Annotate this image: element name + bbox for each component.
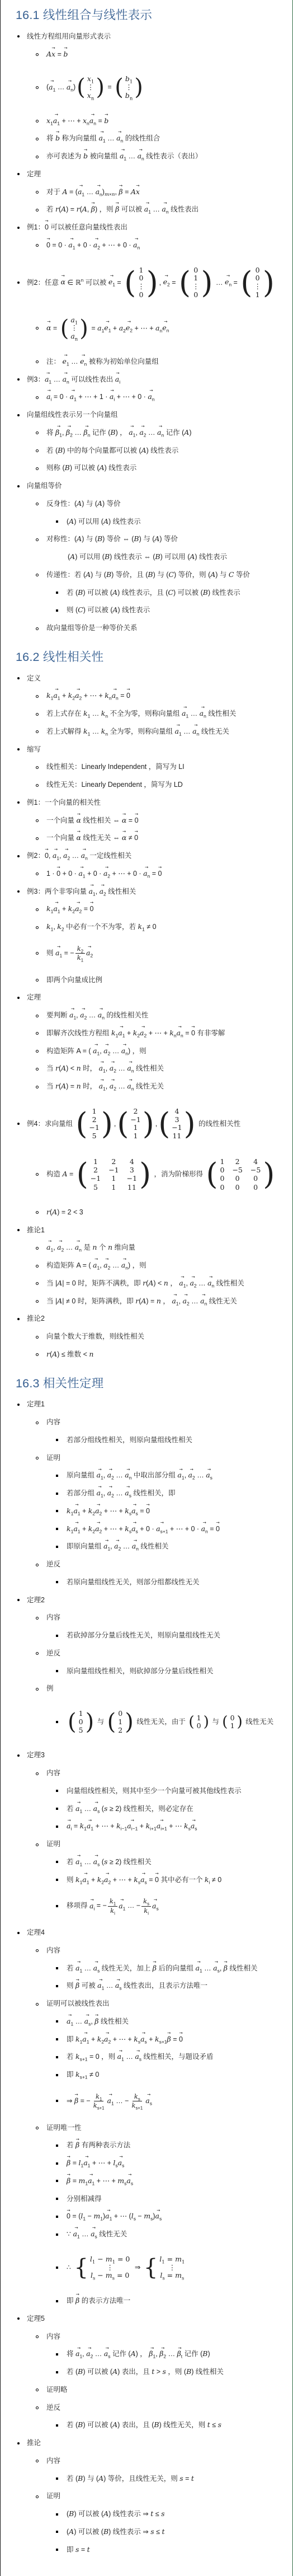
item-text: 若 ks+1 = 0 ，则 a1 … as 线性相关，与题设矛盾 xyxy=(67,2053,289,2061)
item-text: x1a1 + ⋯ + xnan = b xyxy=(46,117,289,125)
item-text: 若 a1 … as (s ≥ 2) 线性相关 xyxy=(67,1858,289,1866)
bullet-icon xyxy=(36,1421,39,1424)
outline-item: 线性相关：Linearly Independent ，简写为 LI xyxy=(16,763,289,771)
outline-item: Ax = b xyxy=(16,50,289,59)
outline-item: k1a1 + k2a2 + ⋯ + ksas = 0 xyxy=(16,1507,289,1515)
item-text: k1a1 + k2a2 + ⋯ + ksas + 0 · as+1 + ⋯ + … xyxy=(67,1525,289,1533)
outline-item: a1, a2 … an 是 n 个 n 维向量 xyxy=(16,1244,289,1252)
bullet-icon xyxy=(56,609,58,612)
outline-item: 逆反 xyxy=(16,1560,289,1569)
bullet-icon xyxy=(36,449,39,452)
bullet-icon xyxy=(56,1510,58,1512)
outline-item: 推论 xyxy=(16,2439,289,2447)
item-text: (A) 可以用 (B) 线性表示 ⇔ (B) 可以用 (A) 线性表示 xyxy=(68,553,289,561)
bullet-icon xyxy=(56,1861,58,1863)
bullet-icon xyxy=(56,1721,58,1723)
bullet-icon xyxy=(36,1086,39,1088)
bullet-icon xyxy=(17,855,20,857)
item-text: 反身性：(A) 与 (A) 等价 xyxy=(46,500,289,508)
item-text: 若上式存在 k1 … kn 不全为零，则称向量组 a1 … an 线性相关 xyxy=(46,710,289,718)
outline-item: (105) 与 (012) 线性无关，由于 (10) 与 (01) 线性无关 xyxy=(16,1710,289,1734)
item-text: ∴ {l1 − m1 = 0⋮ls − ms = 0 ⇒ {l1 = m1⋮ls… xyxy=(67,2255,289,2280)
bullet-icon xyxy=(36,952,39,955)
item-text: 若 a1 … as (s ≥ 2) 线性相关，则必定存在 xyxy=(67,1805,289,1813)
bullet-icon xyxy=(36,2003,39,2006)
bullet-icon xyxy=(36,191,39,194)
bullet-icon xyxy=(56,520,58,523)
item-text: 即 β 的表示方法唯一 xyxy=(67,2297,289,2305)
bullet-icon xyxy=(36,86,39,89)
outline-item: 逆反 xyxy=(16,1649,289,1658)
bullet-icon xyxy=(56,2531,58,2533)
bullet-icon xyxy=(56,2162,58,2165)
outline-item: 若 (B) 可以被 (A) 线性表示，且 (C) 可以被 (B) 线性表示 xyxy=(16,589,289,597)
bullet-icon xyxy=(36,908,39,911)
outline-item: 定理5 xyxy=(16,2315,289,2323)
outline-item: 即两个向量成比例 xyxy=(16,976,289,984)
item-text: 例3：两个非零向量 a1, a2 线性相关 xyxy=(27,888,289,896)
item-text: 证明 xyxy=(46,1454,289,1462)
outline-item: 则 k1a1 + k2a2 + ⋯ + ksas = 0 其中必有一个 ki ≠… xyxy=(16,1876,289,1884)
item-text: 若部分组 a1, a2 … as 线性相关，即 xyxy=(67,1489,289,1498)
bullet-icon xyxy=(36,120,39,123)
bullet-icon xyxy=(56,2020,58,2023)
heading-text: 16.2 线性相关性 xyxy=(16,650,289,665)
item-text: 1 · 0 + 0 · a1 + 0 · a2 + ⋯ + 0 · an = 0 xyxy=(46,870,289,878)
bullet-icon xyxy=(36,695,39,698)
outline-item: 若部分组线性相关，则原向量组线性相关 xyxy=(16,1436,289,1444)
outline-item: (A) 可以被 (B) 线性表示 ⇒ s ≤ t xyxy=(16,2528,289,2536)
outline-item: 向量个数大于维数，则线性相关 xyxy=(16,1332,289,1341)
item-text: 定理5 xyxy=(27,2315,289,2323)
outline-item: (a1 … an)(x1⋮xn) = (b1⋮bn) xyxy=(16,75,289,100)
item-text: k1a1 + k2a2 + ⋯ + knan = 0 xyxy=(46,692,289,700)
bullet-icon xyxy=(17,227,20,229)
bullet-icon xyxy=(36,2406,39,2409)
bullet-icon xyxy=(17,677,20,679)
bullet-icon xyxy=(36,396,39,399)
item-text: 定理 xyxy=(27,993,289,1002)
bullet-icon xyxy=(36,1353,39,1356)
item-text: 即原向量组 a1, a2 … an 线性相关 xyxy=(67,1542,289,1551)
item-text: 构造 A = (1242−13−11−15111) ，消为阶梯形得 (1240−… xyxy=(46,1157,289,1191)
item-text: a1, a2 … an 是 n 个 n 维向量 xyxy=(46,1244,289,1252)
bullet-icon xyxy=(36,2389,39,2391)
item-text: (a1 … an)(x1⋮xn) = (b1⋮bn) xyxy=(46,75,289,100)
bullet-icon xyxy=(17,1318,20,1320)
bullet-icon xyxy=(36,2460,39,2462)
bullet-icon xyxy=(17,1932,20,1934)
bullet-icon xyxy=(36,2127,39,2129)
item-text: 若 (B) 可以被 (A) 表出，且 (B) 线性无关，则 t ≤ s xyxy=(67,2421,289,2429)
item-text: 要判断 a1, a2 … an 的线性相关性 xyxy=(46,1011,289,1020)
item-text: 若上式解得 k1 … kn 全为零，则称向量组 a1 … an 线性无关 xyxy=(46,728,289,736)
outline-item: 向量组线性相关，则其中至少一个向量可被其他线性表示 xyxy=(16,1787,289,1795)
outline-item: 定义 xyxy=(16,674,289,683)
item-text: 0 = (l1 − m1)a1 + ⋯ (ls − ms)as xyxy=(67,2212,289,2221)
item-text: 缩写 xyxy=(27,745,289,754)
outline-item: a1 … as, β 线性相关 xyxy=(16,2017,289,2026)
bullet-icon xyxy=(17,414,20,416)
bullet-icon xyxy=(17,1599,20,1601)
item-text: 若 (B) 可以被 (A) 表出，且 t > s ，则 (B) 线性相关 xyxy=(67,2368,289,2376)
outline-item: 若 (B) 与 (A) 等价，且线性无关，则 s = t xyxy=(16,2475,289,2483)
item-text: 一个向量 α 线性无关 ⇔ α ≠ 0 xyxy=(46,834,289,842)
outline-item: k1a1 + k2a2 = 0 xyxy=(16,905,289,913)
bullet-icon xyxy=(36,1457,39,1460)
bullet-icon xyxy=(36,1050,39,1053)
bullet-icon xyxy=(17,1754,20,1757)
bullet-icon xyxy=(56,1670,58,1672)
item-text: β = l1a1 + ⋯ + lsas xyxy=(67,2159,289,2167)
bullet-icon xyxy=(17,1123,20,1125)
outline-item: 若原向量组线性无关，则部分组都线性无关 xyxy=(16,1578,289,1587)
outline-item: 证明唯一性 xyxy=(16,2124,289,2132)
outline-item: 内容 xyxy=(16,2457,289,2465)
outline-item: 向量组等价 xyxy=(16,482,289,490)
item-text: 内容 xyxy=(46,1946,289,1955)
bullet-icon xyxy=(36,1032,39,1035)
outline-item: 逆反 xyxy=(16,2404,289,2412)
item-text: 例3：a1 … an 可以线性表出 ai xyxy=(27,376,289,384)
bullet-icon xyxy=(56,2145,58,2147)
item-text: 分别相减得 xyxy=(67,2195,289,2203)
bullet-icon xyxy=(36,713,39,716)
outline-item: 推论2 xyxy=(16,1315,289,1323)
heading-text: 16.3 相关性定理 xyxy=(16,1377,289,1391)
bullet-icon xyxy=(56,2056,58,2058)
outline-item: 若 r(A) = r(A, β) ，则 β 可以被 a1 … an 线性表出 xyxy=(16,205,289,214)
bullet-icon xyxy=(17,2442,20,2444)
outline-item: 即解齐次线性方程组 k1a1 + k2a2 + ⋯ + knan = 0 有非零… xyxy=(16,1029,289,1038)
item-text: 若 (B) 与 (A) 等价，且线性无关，则 s = t xyxy=(67,2475,289,2483)
bullet-icon xyxy=(36,784,39,787)
outline-item: 构造 A = (1242−13−11−15111) ，消为阶梯形得 (1240−… xyxy=(16,1157,289,1191)
outline-item: ai = 0 · a1 + ⋯ + 1 · ai + ⋯ + 0 · an xyxy=(16,393,289,401)
outline-item: 0 = (l1 − m1)a1 + ⋯ (ls − ms)as xyxy=(16,2212,289,2221)
outline-item: 注： e1 … en 被称为初始单位向量组 xyxy=(16,358,289,366)
item-text: 若 β 有两种表示方法 xyxy=(67,2141,289,2150)
bullet-icon xyxy=(56,2478,58,2480)
outline-item: 若部分组 a1, a2 … as 线性相关，即 xyxy=(16,1489,289,1498)
note-page: 16.1 线性组合与线性表示线性方程组用向量形式表示Ax = b(a1 … an… xyxy=(0,0,293,2576)
item-text: 则 a1 = −k2k1a2 xyxy=(46,945,289,963)
item-text: β = m1a1 + ⋯ + msas xyxy=(67,2177,289,2185)
outline-item: 则 a1 = −k2k1a2 xyxy=(16,945,289,963)
bullet-icon xyxy=(17,378,20,381)
outline-item: 内容 xyxy=(16,2333,289,2341)
bullet-icon xyxy=(17,801,20,804)
outline-item: 例2：任意 α ∈ ℝn 可以被 e1 = (10⋮0), e2 = (01⋮0… xyxy=(16,266,289,299)
outline-item: k1, k2 中必有一个不为零，若 k1 ≠ 0 xyxy=(16,923,289,931)
outline-item: (B) 可以被 (A) 线性表示 ⇒ t ≤ s xyxy=(16,2510,289,2518)
item-text: 若 (B) 可以被 (A) 线性表示，且 (C) 可以被 (B) 线性表示 xyxy=(67,589,289,597)
heading-text: 16.1 线性组合与线性表示 xyxy=(16,8,289,23)
bullet-icon xyxy=(36,503,39,505)
outline-item: 内容 xyxy=(16,1613,289,1622)
outline-item: 原向量组 a1, a2 … an 中取出部分组 a1, a2 … as xyxy=(16,1471,289,1480)
bullet-icon xyxy=(36,1949,39,1952)
item-text: 即 k1a1 + k2a2 + ⋯ + ksas + ks+1β = 0 xyxy=(67,2035,289,2044)
bullet-icon xyxy=(36,627,39,630)
item-text: 内容 xyxy=(46,1769,289,1777)
item-text: (B) 可以被 (A) 线性表示 ⇒ t ≤ s xyxy=(67,2510,289,2518)
item-text: 将 β1, β2 … βn 记作 (B) ， a1, a2 … an 记作 (A… xyxy=(46,429,289,437)
outline-item: 证明 xyxy=(16,1454,289,1462)
item-text: 构造矩阵 A = ( a1, a2 … an) ，则 xyxy=(46,1047,289,1055)
bullet-icon xyxy=(56,2300,58,2302)
bullet-icon xyxy=(36,244,39,247)
item-text: r(A) = 2 < 3 xyxy=(46,1208,289,1217)
item-text: 向量组线性相关，则其中至少一个向量可被其他线性表示 xyxy=(67,1787,289,1795)
item-text: 定义 xyxy=(27,674,289,683)
item-text: 定理1 xyxy=(27,1400,289,1409)
item-text: 移项得 ai = −k1kia1 … −kskias xyxy=(67,1897,289,1915)
outline-item: 证明略 xyxy=(16,2386,289,2394)
outline-item: 对称性：(A) 与 (B) 等价 ⇔ (B) 与 (A) 等价 xyxy=(16,535,289,543)
item-text: k1a1 + k2a2 = 0 xyxy=(46,905,289,913)
bullet-icon xyxy=(36,766,39,769)
outline-item: 例 xyxy=(16,1685,289,1693)
outline-item: 亦可表述为 b 被向量组 a1 … an 线性表示（表出） xyxy=(16,152,289,161)
outline-item: 原向量组线性相关，则砍掉部分分量后线性相关 xyxy=(16,1667,289,1676)
bullet-icon xyxy=(36,574,39,576)
bullet-icon xyxy=(36,1617,39,1620)
bullet-icon xyxy=(56,1439,58,1441)
outline-item: 内容 xyxy=(16,1769,289,1777)
item-text: 原向量组 a1, a2 … an 中取出部分组 a1, a2 … as xyxy=(67,1471,289,1480)
bullet-icon xyxy=(56,2371,58,2373)
outline-item: 若 a1 … as (s ≥ 2) 线性相关 xyxy=(16,1858,289,1866)
bullet-icon xyxy=(36,1211,39,1214)
outline-item: 当 |A| ≠ 0 时，矩阵满秩，即 r(A) = n ， a1, a2 … a… xyxy=(16,1297,289,1306)
outline-item: 一个向量 α 线性无关 ⇔ α ≠ 0 xyxy=(16,834,289,842)
outline-item: 1 · 0 + 0 · a1 + 0 · a2 + ⋯ + 0 · an = 0 xyxy=(16,870,289,878)
outline: 16.1 线性组合与线性表示线性方程组用向量形式表示Ax = b(a1 … an… xyxy=(16,8,289,2554)
bullet-icon xyxy=(17,890,20,893)
outline-item: 要判断 a1, a2 … an 的线性相关性 xyxy=(16,1011,289,1020)
bullet-icon xyxy=(56,1808,58,1810)
outline-item: 将 b 称为向量组 a1 … an 的线性组合 xyxy=(16,134,289,143)
bullet-icon xyxy=(17,748,20,750)
item-text: 证明略 xyxy=(46,2386,289,2394)
item-text: 逆反 xyxy=(46,1649,289,1658)
item-text: ⇒ β = −k1ks+1a1 … −ksks+1as xyxy=(67,2092,289,2110)
item-text: 将 a1, a2 … as 记作 (A) ， β1, β2 … βt 记作 (B… xyxy=(67,2350,289,2358)
outline-item: 例3：a1 … an 可以线性表出 ai xyxy=(16,376,289,384)
bullet-icon xyxy=(56,1581,58,1583)
item-text: 推论1 xyxy=(27,1226,289,1235)
outline-item: ∴ {l1 − m1 = 0⋮ls − ms = 0 ⇒ {l1 = m1⋮ls… xyxy=(16,2255,289,2280)
bullet-icon xyxy=(36,1772,39,1775)
outline-item: 传递性：若 (A) 与 (B) 等价，且 (B) 与 (C) 等价，则 (A) … xyxy=(16,571,289,579)
outline-item: (A) 可以用 (A) 线性表示 xyxy=(16,518,289,526)
item-text: 向量组线性表示另一个向量组 xyxy=(27,411,289,419)
item-text: 例2：任意 α ∈ ℝn 可以被 e1 = (10⋮0), e2 = (01⋮0… xyxy=(27,266,289,299)
item-text: 将 b 称为向量组 a1 … an 的线性组合 xyxy=(46,134,289,143)
item-text: α = (a1⋮an) = a1e1 + a2e2 + ⋯ + anen xyxy=(46,316,289,341)
outline-item: β = m1a1 + ⋯ + msas xyxy=(16,2177,289,2185)
outline-item: 定理 xyxy=(16,993,289,1002)
item-text: 推论 xyxy=(27,2439,289,2447)
outline-item: 即 ks+1 ≠ 0 xyxy=(16,2071,289,2079)
item-text: 当 r(A) < n 时， a1, a2 … an 线性相关 xyxy=(46,1064,289,1073)
item-text: 0 = 0 · a1 + 0 · a2 + ⋯ + 0 · an xyxy=(46,241,289,250)
item-text: 若原向量组线性无关，则部分组都线性无关 xyxy=(67,1578,289,1587)
outline-item: 若 β 有两种表示方法 xyxy=(16,2141,289,2150)
item-text: ∵ a1 … as 线性无关 xyxy=(67,2230,289,2239)
item-text: 对于 A = (a1 … an)m×n, β = Ax xyxy=(46,188,289,196)
bullet-icon xyxy=(36,1068,39,1071)
bullet-icon xyxy=(36,1265,39,1268)
bullet-icon xyxy=(56,1790,58,1792)
bullet-icon xyxy=(36,979,39,982)
bullet-icon xyxy=(36,872,39,875)
item-text: ai = k1a1 + ⋯ + ki−1ai−1 + ki+1ai+1 + ⋯ … xyxy=(67,1822,289,1831)
outline-item: 若 (B) 可以被 (A) 表出，且 (B) 线性无关，则 t ≤ s xyxy=(16,2421,289,2429)
item-text: (A) 可以被 (B) 线性表示 ⇒ s ≤ t xyxy=(67,2528,289,2536)
outline-item: 则称 (B) 可以被 (A) 线性表示 xyxy=(16,464,289,472)
outline-item: r(A) ≤ 维数 < n xyxy=(16,1350,289,1359)
outline-item: 定理4 xyxy=(16,1929,289,1937)
item-text: 若砍掉部分分量后线性无关，则原向量组线性无关 xyxy=(67,1631,289,1640)
item-text: 推论2 xyxy=(27,1315,289,1323)
bullet-icon xyxy=(36,1564,39,1566)
outline-item: 推论1 xyxy=(16,1226,289,1235)
bullet-icon xyxy=(56,1967,58,1969)
outline-item: k1a1 + k2a2 + ⋯ + ksas + 0 · as+1 + ⋯ + … xyxy=(16,1525,289,1533)
bullet-icon xyxy=(56,1905,58,1907)
section-heading: 16.2 线性相关性 xyxy=(16,650,289,665)
outline-item: 即 k1a1 + k2a2 + ⋯ + ksas + ks+1β = 0 xyxy=(16,2035,289,2044)
bullet-icon xyxy=(17,35,20,37)
bullet-icon xyxy=(36,538,39,541)
item-text: 当 r(A) = n 时， a1, a2 … an 线性无关 xyxy=(46,1082,289,1091)
outline-item: 移项得 ai = −k1kia1 … −kskias xyxy=(16,1897,289,1915)
item-text: 内容 xyxy=(46,1613,289,1622)
item-text: 即 s = t xyxy=(67,2546,289,2554)
outline-item: 一个向量 α 线性相关 ⇔ α = 0 xyxy=(16,817,289,825)
bullet-icon xyxy=(36,1843,39,1846)
item-text: 证明唯一性 xyxy=(46,2124,289,2132)
bullet-icon xyxy=(56,2216,58,2218)
bullet-icon xyxy=(36,2495,39,2498)
outline-item: 构造矩阵 A = ( a1, a2 … an) ，则 xyxy=(16,1047,289,1055)
bullet-icon xyxy=(36,467,39,470)
bullet-icon xyxy=(36,209,39,212)
outline-item: 当 r(A) = n 时， a1, a2 … an 线性无关 xyxy=(16,1082,289,1091)
bullet-icon xyxy=(36,327,39,330)
bullet-icon xyxy=(56,1528,58,1530)
item-text: 构造矩阵 A = ( a1, a2 … an) ，则 xyxy=(46,1261,289,1270)
item-text: 逆反 xyxy=(46,1560,289,1569)
item-text: 定理 xyxy=(27,170,289,179)
outline-item: 例1：一个向量的相关性 xyxy=(16,799,289,807)
bullet-icon xyxy=(56,2513,58,2516)
outline-item: 若 a1 … as (s ≥ 2) 线性相关，则必定存在 xyxy=(16,1805,289,1813)
outline-item: 内容 xyxy=(16,1418,289,1427)
bullet-icon xyxy=(17,281,20,284)
bullet-icon xyxy=(36,2335,39,2338)
section-heading: 16.1 线性组合与线性表示 xyxy=(16,8,289,23)
bullet-icon xyxy=(36,1652,39,1655)
bullet-icon xyxy=(36,1173,39,1176)
outline-item: ∵ a1 … as 线性无关 xyxy=(16,2230,289,2239)
bullet-icon xyxy=(36,1336,39,1339)
bullet-icon xyxy=(56,1985,58,1987)
item-text: 线性方程组用向量形式表示 xyxy=(27,32,289,41)
item-text: (105) 与 (012) 线性无关，由于 (10) 与 (01) 线性无关 xyxy=(67,1710,289,1734)
outline-item: 若 ks+1 = 0 ，则 a1 … as 线性相关，与题设矛盾 xyxy=(16,2053,289,2061)
bullet-icon xyxy=(36,1282,39,1285)
bullet-icon xyxy=(56,592,58,594)
item-text: 例1：0 可以被任意向量线性表出 xyxy=(27,223,289,232)
outline-item: r(A) = 2 < 3 xyxy=(16,1208,289,1217)
outline-item: 即 s = t xyxy=(16,2546,289,2554)
outline-item: 当 |A| = 0 时，矩阵不满秩，即 r(A) < n ， a1, a2 … … xyxy=(16,1279,289,1288)
bullet-icon xyxy=(56,2038,58,2040)
bullet-icon xyxy=(36,730,39,733)
bullet-icon xyxy=(56,2234,58,2236)
bullet-icon xyxy=(36,1300,39,1303)
outline-item: ⇒ β = −k1ks+1a1 … −ksks+1as xyxy=(16,2092,289,2110)
item-text: 若部分组线性相关，则原向量组线性相关 xyxy=(67,1436,289,1444)
item-text: 则 β 可被 a1 … as 线性表出，且表示方法唯一 xyxy=(67,1982,289,1990)
bullet-icon xyxy=(56,2074,58,2076)
item-text: 证明 xyxy=(46,1840,289,1848)
outline-item: 定理3 xyxy=(16,1751,289,1759)
bullet-icon xyxy=(56,2267,58,2269)
outline-item: 定理 xyxy=(16,170,289,179)
outline-item: 将 β1, β2 … βn 记作 (B) ， a1, a2 … an 记作 (A… xyxy=(16,429,289,437)
bullet-icon xyxy=(36,819,39,822)
outline-item: 若上式存在 k1 … kn 不全为零，则称向量组 a1 … an 线性相关 xyxy=(16,710,289,718)
item-text: a1 … as, β 线性相关 xyxy=(67,2017,289,2026)
item-text: 例1：一个向量的相关性 xyxy=(27,799,289,807)
item-text: 定理2 xyxy=(27,1596,289,1604)
bullet-icon xyxy=(56,2424,58,2427)
bullet-icon xyxy=(17,485,20,487)
item-text: 证明 xyxy=(46,2492,289,2500)
bullet-icon xyxy=(36,156,39,158)
outline-item: 向量组线性表示另一个向量组 xyxy=(16,411,289,419)
outline-item: 即 β 的表示方法唯一 xyxy=(16,2297,289,2305)
outline-item: 证明可以被线性表出 xyxy=(16,2000,289,2008)
outline-item: 证明 xyxy=(16,1840,289,1848)
item-text: 当 |A| ≠ 0 时，矩阵满秩，即 r(A) = n ， a1, a2 … a… xyxy=(46,1297,289,1306)
item-text: 内容 xyxy=(46,2457,289,2465)
outline-item: ai = k1a1 + ⋯ + ki−1ai−1 + ki+1ai+1 + ⋯ … xyxy=(16,1822,289,1831)
bullet-icon xyxy=(56,2100,58,2102)
item-text: 向量个数大于维数，则线性相关 xyxy=(46,1332,289,1341)
bullet-icon xyxy=(36,431,39,434)
item-text: 证明可以被线性表出 xyxy=(46,2000,289,2008)
item-text: k1, k2 中必有一个不为零，若 k1 ≠ 0 xyxy=(46,923,289,931)
item-text: 即 ks+1 ≠ 0 xyxy=(67,2071,289,2079)
bullet-icon xyxy=(17,1404,20,1406)
outline-item: 证明 xyxy=(16,2492,289,2500)
item-text: 例4：求向量组 (12−15),(2−111),(43−111) 的线性相关性 xyxy=(27,1108,289,1141)
outline-item: 例1：0 可以被任意向量线性表出 xyxy=(16,223,289,232)
item-text: (A) 可以用 (A) 线性表示 xyxy=(67,518,289,526)
item-text: 内容 xyxy=(46,1418,289,1427)
item-text: 若 (B) 中的每个向量都可以被 (A) 线性表示 xyxy=(46,447,289,455)
item-text: 则 k1a1 + k2a2 + ⋯ + ksas = 0 其中必有一个 ki ≠… xyxy=(67,1876,289,1884)
outline-item: 若 (B) 中的每个向量都可以被 (A) 线性表示 xyxy=(16,447,289,455)
outline-item: 线性无关：Linearly Dependent ，简写为 LD xyxy=(16,781,289,789)
item-text: Ax = b xyxy=(46,50,289,59)
item-text: 例2：0, a1, a2 … an 一定线性相关 xyxy=(27,852,289,860)
